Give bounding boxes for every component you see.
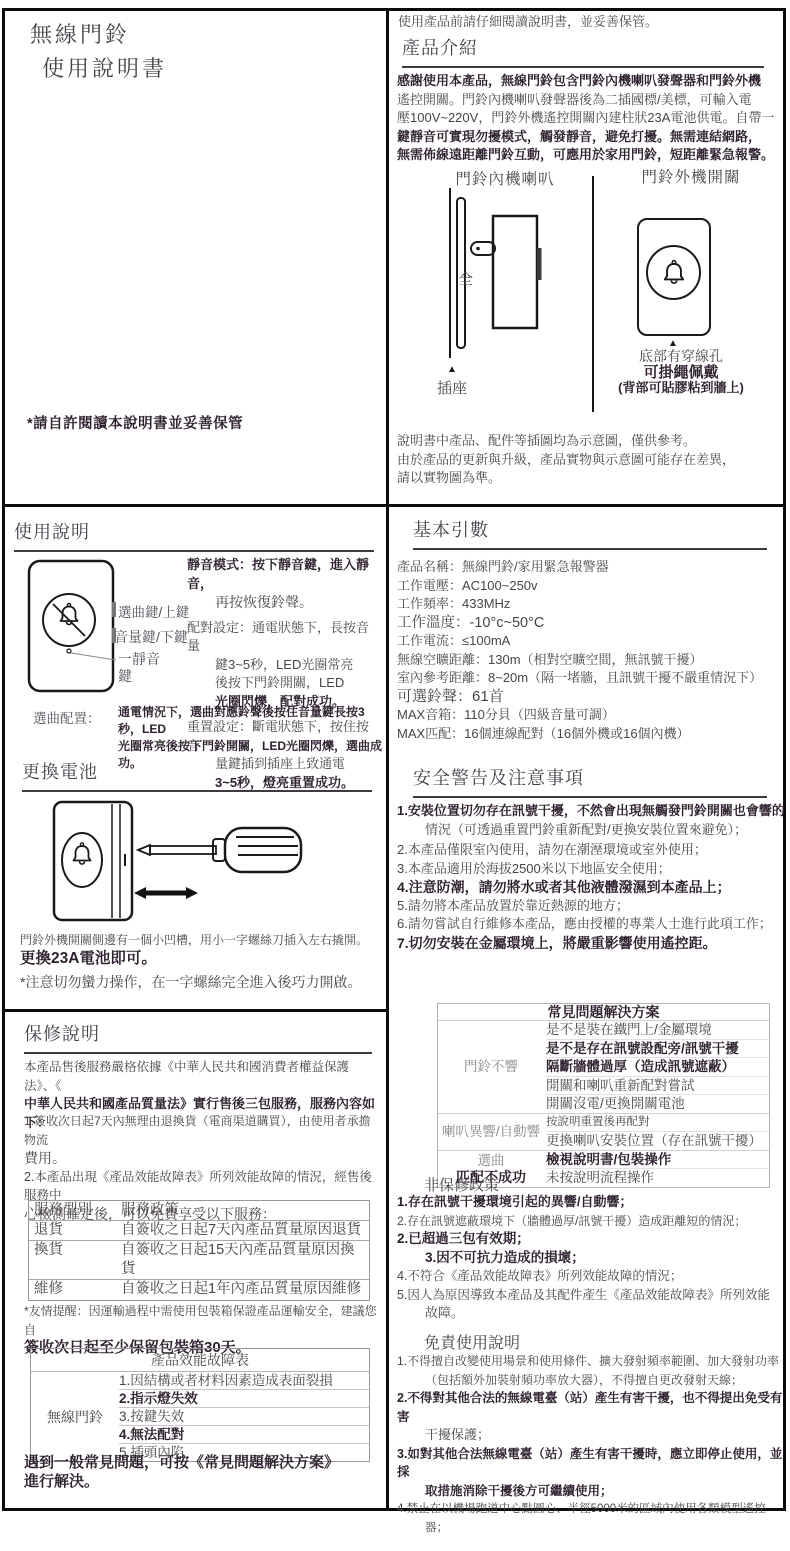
column-divider xyxy=(386,8,389,1511)
cover-title-line2: 使用說明書 xyxy=(42,52,167,83)
intro-section: 產品介紹 xyxy=(402,34,764,68)
disclaimer-header: 免責使用說明 xyxy=(424,1330,520,1353)
safety-rule xyxy=(413,796,767,798)
faq-rows: 門鈴不響是不是裝在鐵門上/金屬環境是不是存在訊號設配旁/訊號干擾隔斷牆體過厚（造… xyxy=(438,1021,769,1187)
manual-page: 無線門鈴 使用說明書 *請自許閱讀本說明書並妥善保管 使用產品前請仔細閱讀說明書… xyxy=(0,0,790,1551)
screwdriver-icon xyxy=(138,828,301,872)
battery-section: 更換電池 xyxy=(22,758,372,792)
battery-header: 更換電池 xyxy=(22,758,372,784)
safety-header: 安全警告及注意事項 xyxy=(413,764,767,790)
safety-section: 安全警告及注意事項 xyxy=(413,764,767,798)
service-table: 服務型別服務政策退貨自簽收之日起7天內產品質量原因退貨換貨自簽收之日起15天內產… xyxy=(28,1200,370,1301)
cover-title-line1: 無線門鈴 xyxy=(30,18,130,49)
specs-header: 基本引數 xyxy=(413,516,767,542)
plug-label-quan: 全 xyxy=(458,268,473,289)
fault-table: 產品效能故障表 無線門鈴 1.因結構或者材料因素造成表面裂損2.指示燈失效3.按… xyxy=(30,1348,370,1462)
faq-table: 常見問題解決方案 門鈴不響是不是裝在鐵門上/金屬環境是不是存在訊號設配旁/訊號干… xyxy=(437,1003,770,1188)
row-divider-2 xyxy=(2,1009,389,1012)
mute-key-label-2: 鍵 xyxy=(118,666,132,686)
intro-top-note: 使用產品前請仔細閱讀說明書，並妥善保管。 xyxy=(398,11,658,30)
row-divider-1 xyxy=(2,504,786,507)
usage-section: 使用說明 xyxy=(14,518,374,552)
warranty-section: 保修說明 xyxy=(24,1020,372,1054)
usage-header: 使用說明 xyxy=(14,518,374,544)
battery-note: *注意切勿蠻力操作，在一字螺絲完全進入後巧力開啟。 xyxy=(20,972,361,992)
mute-bell-icon xyxy=(53,603,85,636)
specs-rule xyxy=(413,548,767,550)
song-config-label: 選曲配置： xyxy=(33,707,101,727)
faq-table-title: 常見問題解決方案 xyxy=(438,1004,769,1021)
left-right-arrow-icon xyxy=(134,887,198,899)
nonwarranty-list: 1.存在訊號干擾環境引起的異響/自動響；2.存在訊號遮蔽環境下（牆體過厚/訊號干… xyxy=(397,1193,787,1323)
volume-key-label: 音量鍵/下鍵 xyxy=(114,627,188,647)
song-key-label: 選曲鍵/上鍵 xyxy=(118,601,189,621)
usage-device-diagram xyxy=(26,558,118,694)
outdoor-unit-title: 門鈴外機開關 xyxy=(608,165,774,187)
socket-label: 插座 xyxy=(437,377,467,398)
warranty-final-note: 遇到一般常見問題，可按《常見問題解決方案》進行解決。 xyxy=(24,1454,378,1491)
specs-list: 產品名稱：無線門鈴/家用緊急報警器工作電壓：AC100~250v工作頻率：433… xyxy=(397,558,781,743)
cover-keep-note: *請自許閱讀本說明書並妥善保管 xyxy=(27,412,243,433)
battery-line2: 更換23A電池即可。 xyxy=(20,946,157,968)
specs-section: 基本引數 xyxy=(413,516,767,550)
outdoor-button xyxy=(646,245,701,300)
battery-diagram xyxy=(50,798,312,926)
fault-table-product: 無線門鈴 xyxy=(31,1372,119,1461)
bell-icon xyxy=(659,258,689,288)
socket-arrow-up-icon: ▲ xyxy=(447,364,457,375)
warranty-header: 保修說明 xyxy=(24,1020,372,1046)
intro-paragraph: 感謝使用本產品，無線門鈴包含門鈴內機喇叭發聲器和門鈴外機遙控開關。門鈴內機喇叭發… xyxy=(397,72,777,165)
intro-disclaimer: 說明書中產品、配件等插圖均為示意圖，僅供參考。由於產品的更新與升級，產品實物與示… xyxy=(397,432,777,488)
warranty-rule xyxy=(24,1052,372,1054)
intro-header: 產品介紹 xyxy=(402,34,764,60)
glue-note: (背部可貼膠粘到牆上) xyxy=(590,377,772,396)
usage-rule xyxy=(14,550,374,552)
mute-bell-device-icon xyxy=(26,558,118,694)
safety-list: 1.安裝位置切勿存在訊號干擾，不然會出現無觸發門鈴開關也會響的情況（可透過重置門… xyxy=(397,802,785,952)
fault-table-title: 產品效能故障表 xyxy=(31,1349,369,1372)
nonwarranty-header: 非保修政策 xyxy=(424,1174,499,1195)
battery-rule xyxy=(22,790,372,792)
disclaimer-list: 1.不得擅自改變使用場景和使用條件、擴大發射頻率範圍、加大發射功率（包括額外加裝… xyxy=(397,1352,789,1537)
fault-table-list: 1.因結構或者材料因素造成表面裂損2.指示燈失效3.按鍵失效4.無法配對5.插頭… xyxy=(119,1372,369,1461)
intro-rule xyxy=(402,66,764,68)
doorbell-outdoor-icon xyxy=(54,802,132,920)
